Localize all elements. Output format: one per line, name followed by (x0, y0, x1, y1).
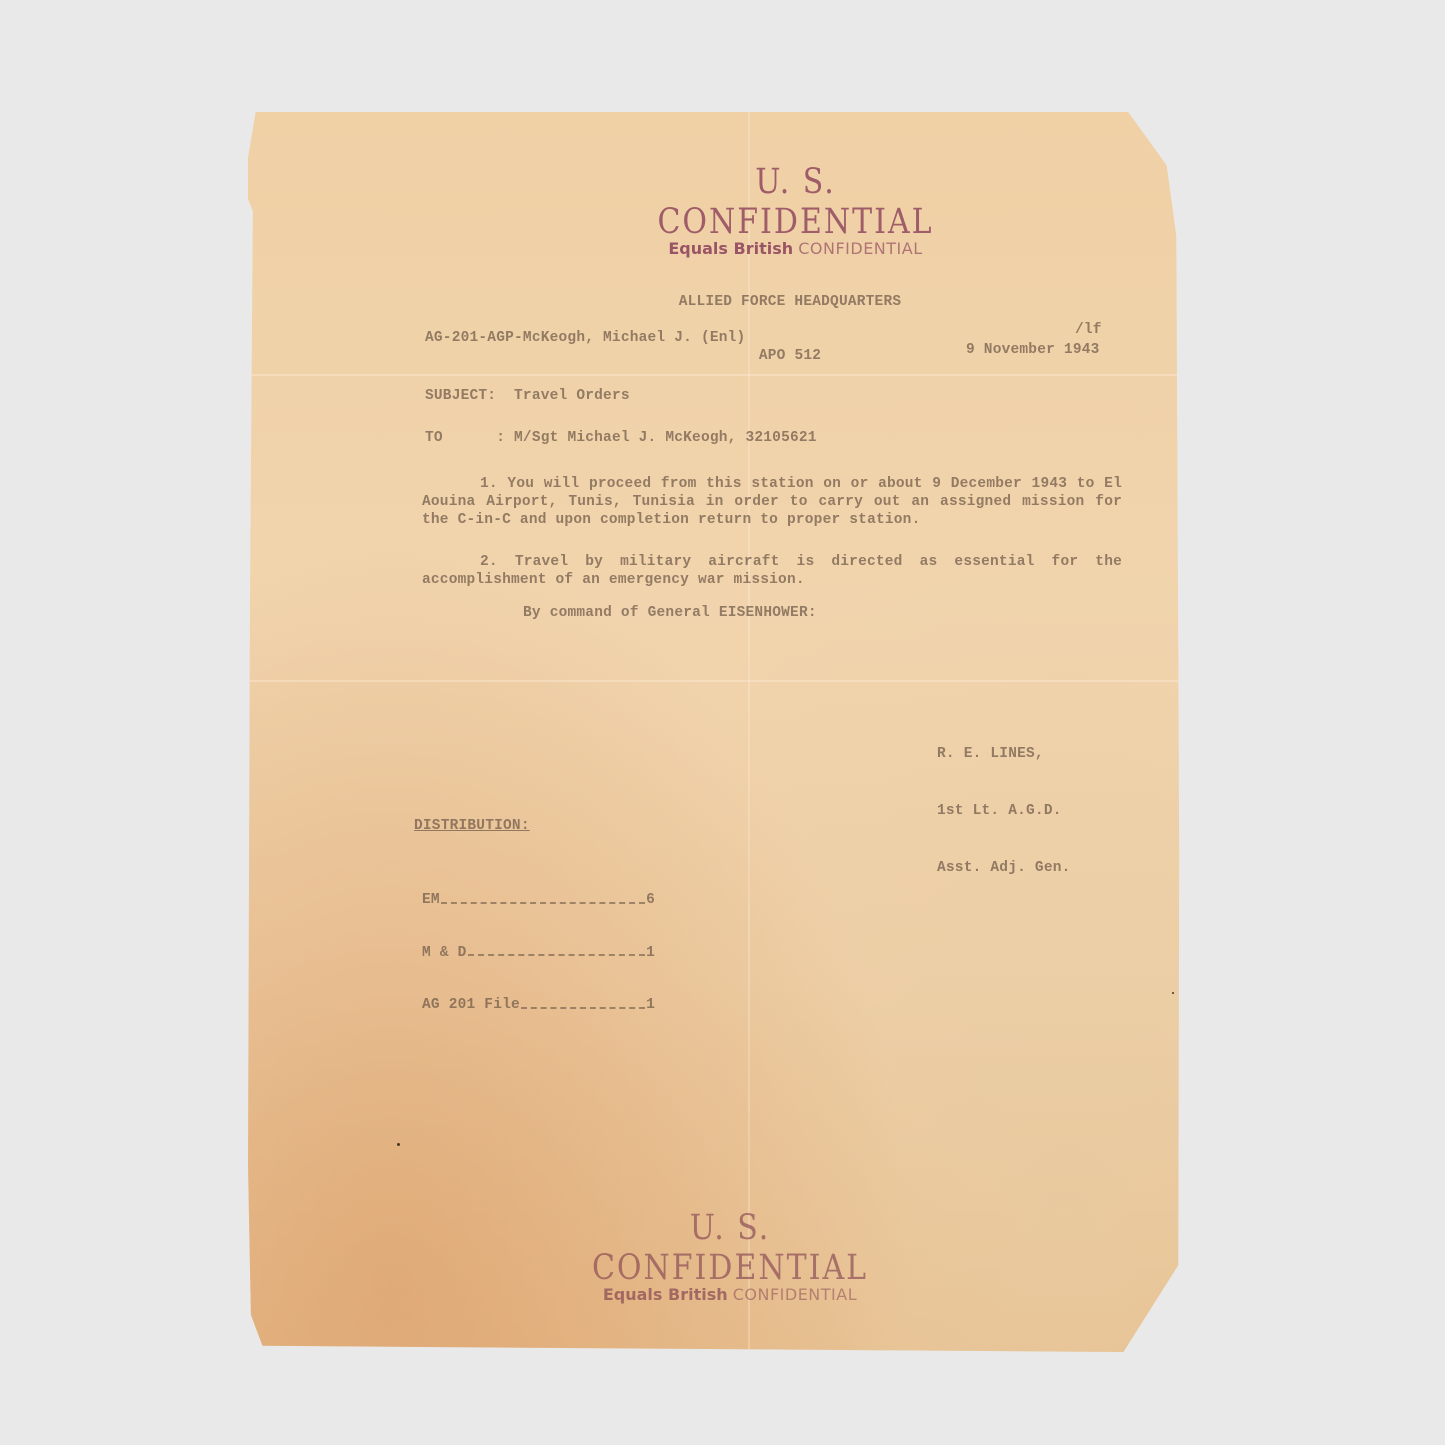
subject-value: Travel Orders (514, 388, 630, 404)
stamp-equals-british: Equals British CONFIDENTIAL (580, 1285, 880, 1304)
file-reference: AG-201-AGP-McKeogh, Michael J. (Enl) (425, 330, 745, 346)
distribution-count: 1 (646, 945, 655, 963)
document-date: 9 November 1943 (966, 342, 1100, 358)
signatory-rank: 1st Lt. A.G.D. (937, 802, 1071, 821)
paragraph-2: 2. Travel by military aircraft is direct… (422, 553, 1122, 589)
paper-speck (1172, 992, 1174, 994)
photo-backdrop: U. S. CONFIDENTIAL Equals British CONFID… (0, 0, 1445, 1445)
to-line: TO : M/Sgt Michael J. McKeogh, 32105621 (425, 430, 817, 446)
stamp-equals-british-label: Equals British (668, 239, 793, 258)
file-mark: /lf (1075, 322, 1102, 338)
paragraph-2-text: 2. Travel by military aircraft is direct… (422, 554, 1122, 588)
subject-line: SUBJECT: Travel Orders (425, 388, 630, 404)
leader-dashes (468, 945, 646, 957)
distribution-list: EM 6 M & D 1 AG 201 File 1 (422, 857, 655, 1050)
confidential-stamp-bottom: U. S. CONFIDENTIAL Equals British CONFID… (580, 1213, 880, 1304)
to-value: M/Sgt Michael J. McKeogh, 32105621 (514, 430, 817, 446)
stamp-british-confidential: CONFIDENTIAL (798, 239, 922, 258)
paragraph-1-text: 1. You will proceed from this station on… (422, 476, 1122, 528)
distribution-label: EM (422, 892, 440, 910)
distribution-count: 6 (646, 892, 655, 910)
distribution-item: M & D 1 (422, 945, 655, 963)
to-label: TO : (425, 430, 505, 446)
stamp-equals-british-label: Equals British (603, 1285, 728, 1304)
distribution-title: DISTRIBUTION: (414, 818, 530, 834)
distribution-label: M & D (422, 945, 467, 963)
paragraph-1: 1. You will proceed from this station on… (422, 475, 1122, 529)
leader-dashes (521, 997, 645, 1009)
stamp-equals-british: Equals British CONFIDENTIAL (653, 239, 938, 258)
apo-number: APO 512 (665, 347, 915, 365)
subject-label: SUBJECT: (425, 388, 496, 404)
signatory-title: Asst. Adj. Gen. (937, 859, 1071, 878)
signatory-name: R. E. LINES, (937, 745, 1071, 764)
leader-dashes (441, 892, 645, 904)
stamp-british-confidential: CONFIDENTIAL (733, 1285, 857, 1304)
distribution-item: AG 201 File 1 (422, 997, 655, 1015)
stamp-us-confidential: U. S. CONFIDENTIAL (653, 162, 938, 243)
org-name: ALLIED FORCE HEADQUARTERS (665, 293, 915, 311)
distribution-item: EM 6 (422, 892, 655, 910)
distribution-count: 1 (646, 997, 655, 1015)
command-line: By command of General EISENHOWER: (523, 605, 817, 621)
distribution-label: AG 201 File (422, 997, 520, 1015)
letterhead: ALLIED FORCE HEADQUARTERS APO 512 (665, 257, 915, 401)
paper-speck (397, 1143, 400, 1146)
confidential-stamp-top: U. S. CONFIDENTIAL Equals British CONFID… (653, 167, 938, 258)
signature-block: R. E. LINES, 1st Lt. A.G.D. Asst. Adj. G… (937, 707, 1071, 916)
fold-crease (248, 680, 1210, 682)
stamp-us-confidential: U. S. CONFIDENTIAL (580, 1208, 880, 1289)
